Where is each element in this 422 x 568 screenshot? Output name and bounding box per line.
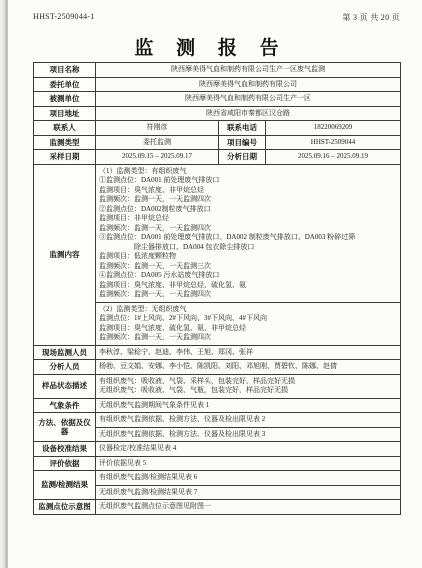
label-project-name: 项目名称 (34, 63, 96, 78)
value-sampling-date: 2025.09.15 – 2025.09.17 (96, 150, 219, 165)
value-analysts: 杨勃、豆文娟、安娜、李小恺、陈凯阳、刘阳、邓旭刚、贾碧钦、陈娜、赵倩 (96, 360, 401, 375)
label-client-unit: 委托单位 (34, 77, 96, 92)
row-monitor-content-organized: 监测内容 （1）监测类型：有组织废气 ①监测点位：DA001 前处理废气排放口 … (34, 164, 401, 302)
row-methods-organized: 方法、依据及仪器 有组织废气监测依据、检测方法、仪器及检出限见表 2 (34, 413, 401, 428)
row-client-unit: 委托单位 陕西摩美得气血和制药有限公司 (34, 77, 401, 92)
label-sampling-date: 采样日期 (34, 150, 96, 165)
scan-page-edge (0, 0, 8, 568)
row-calibration: 设备校准结果 仪器检定/校准结果见表 4 (34, 442, 401, 457)
value-methods-organized: 有组织废气监测依据、检测方法、仪器及检出限见表 2 (96, 413, 401, 428)
value-project-number: HHST-2509044 (266, 135, 401, 150)
label-methods: 方法、依据及仪器 (34, 413, 96, 442)
value-weather: 无组织废气监测期间气象条件见表 1 (96, 398, 401, 413)
row-dates: 采样日期 2025.09.15 – 2025.09.17 分析日期 2025.0… (34, 150, 401, 165)
label-analysts: 分析人员 (34, 360, 96, 375)
page-indicator: 第 3 页 共 20 页 (342, 12, 400, 23)
value-methods-fugitive: 无组织废气监测依据、检测方法、仪器及检出限见表 3 (96, 427, 401, 442)
row-evaluation: 评价依据 评价依据见表 5 (34, 456, 401, 471)
value-tested-unit: 陕西摩美得气血和制药有限公司生产一区 (96, 92, 401, 107)
row-field-personnel: 现场监测人员 李秋淳、梁稔宁、赵迪、李伟、王旭、郑冈、张祥 (34, 345, 401, 360)
label-weather: 气象条件 (34, 398, 96, 413)
label-contact-person: 联系人 (34, 121, 96, 136)
label-analysis-date: 分析日期 (219, 150, 266, 165)
row-weather: 气象条件 无组织废气监测期间气象条件见表 1 (34, 398, 401, 413)
page-header: HHST-2509044-1 第 3 页 共 20 页 (33, 12, 400, 23)
label-contact-phone: 联系电话 (219, 121, 266, 136)
value-contact-person: 符刚彦 (96, 121, 219, 136)
label-monitor-type: 监测类型 (34, 135, 96, 150)
label-results: 监测/检测结果 (34, 471, 96, 500)
value-contact-phone: 18220069209 (266, 121, 401, 136)
value-monitor-type: 委托监测 (96, 135, 219, 150)
value-field-personnel: 李秋淳、梁稔宁、赵迪、李伟、王旭、郑冈、张祥 (96, 345, 401, 360)
report-title: 监 测 报 告 (0, 33, 422, 60)
row-monitor-type: 监测类型 委托监测 项目编号 HHST-2509044 (34, 135, 401, 150)
value-sample-status: 有组织废气：吸收液、气袋、采样头，包装完好，样品完好无损 无组织废气：吸收液、气… (96, 374, 401, 398)
label-tested-unit: 被测单位 (34, 92, 96, 107)
row-project-name: 项目名称 陕西摩美得气血和制药有限公司生产一区废气监测 (34, 63, 401, 78)
value-project-name: 陕西摩美得气血和制药有限公司生产一区废气监测 (96, 63, 401, 78)
row-sample-status: 样品状态描述 有组织废气：吸收液、气袋、采样头，包装完好，样品完好无损 无组织废… (34, 374, 401, 398)
value-analysis-date: 2025.09.16 – 2025.09.19 (266, 150, 401, 165)
value-diagram: 无组织废气监测点位示意图见附图一 (96, 500, 401, 515)
value-calibration: 仪器检定/校准结果见表 4 (96, 442, 401, 457)
label-field-personnel: 现场监测人员 (34, 345, 96, 360)
value-results-organized: 有组织废气监测/检测结果见表 6 (96, 471, 401, 486)
label-calibration: 设备校准结果 (34, 442, 96, 457)
row-results-organized: 监测/检测结果 有组织废气监测/检测结果见表 6 (34, 471, 401, 486)
value-project-address: 陕西省咸阳市秦都区汉仓路 (96, 106, 401, 121)
value-monitor-content-fugitive: （2）监测类型：无组织废气 监测点位：1#上风向、2#下风向、3#下风向、4#下… (96, 302, 401, 345)
row-contact: 联系人 符刚彦 联系电话 18220069209 (34, 121, 401, 136)
doc-number: HHST-2509044-1 (33, 12, 95, 23)
row-diagram: 监测点位示意图 无组织废气监测点位示意图见附图一 (34, 500, 401, 515)
value-evaluation: 评价依据见表 5 (96, 456, 401, 471)
row-project-address: 项目地址 陕西省咸阳市秦都区汉仓路 (34, 106, 401, 121)
value-results-fugitive: 无组织废气监测/检测结果见表 7 (96, 485, 401, 500)
row-analysts: 分析人员 杨勃、豆文娟、安娜、李小恺、陈凯阳、刘阳、邓旭刚、贾碧钦、陈娜、赵倩 (34, 360, 401, 375)
label-sample-status: 样品状态描述 (34, 374, 96, 398)
label-diagram: 监测点位示意图 (34, 500, 96, 515)
label-monitor-content: 监测内容 (34, 164, 96, 345)
label-project-address: 项目地址 (34, 106, 96, 121)
row-tested-unit: 被测单位 陕西摩美得气血和制药有限公司生产一区 (34, 92, 401, 107)
label-evaluation: 评价依据 (34, 456, 96, 471)
value-client-unit: 陕西摩美得气血和制药有限公司 (96, 77, 401, 92)
report-table: 项目名称 陕西摩美得气血和制药有限公司生产一区废气监测 委托单位 陕西摩美得气血… (33, 62, 401, 515)
value-monitor-content-organized: （1）监测类型：有组织废气 ①监测点位：DA001 前处理废气排放口 监测项目：… (96, 164, 401, 302)
label-project-number: 项目编号 (219, 135, 266, 150)
